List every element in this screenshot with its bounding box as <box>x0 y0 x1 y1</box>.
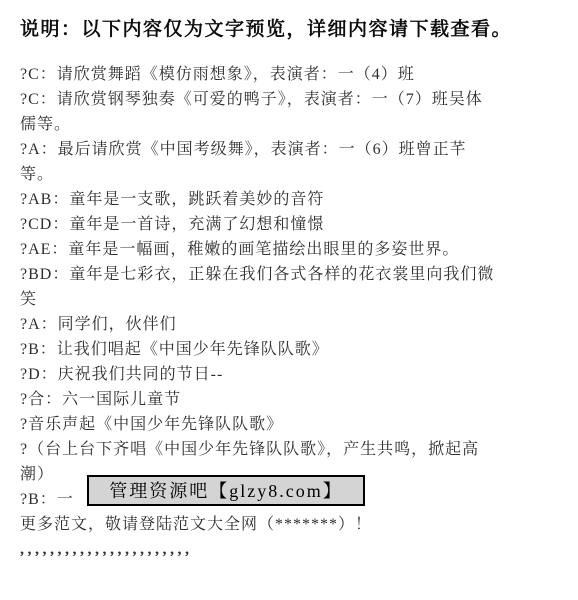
covered-line-visible-text: ?B：一 <box>20 491 74 508</box>
watermark-badge: 管理资源吧【glzy8.com】 <box>87 475 365 506</box>
script-line-9: ?BD：童年是七彩衣，正躲在我们各式各样的花衣裳里向我们微 <box>20 262 574 287</box>
script-line-7: ?CD：童年是一首诗，充满了幻想和憧憬 <box>20 212 574 237</box>
footer-line: 更多范文，敬请登陆范文大全网（*******）！ <box>20 512 574 537</box>
script-line-11: ?A：同学们，伙伴们 <box>20 312 574 337</box>
document-preview-page: 说明：以下内容仅为文字预览，详细内容请下载查看。 ?C：请欣赏舞蹈《模仿雨想象》… <box>0 0 578 600</box>
preview-notice-header: 说明：以下内容仅为文字预览，详细内容请下载查看。 <box>20 14 574 41</box>
script-line-13: ?D：庆祝我们共同的节日-- <box>20 362 574 387</box>
script-line-1: ?C：请欣赏舞蹈《模仿雨想象》，表演者：一（4）班 <box>20 62 574 87</box>
script-line-16: ?（台上台下齐唱《中国少年先锋队队歌》，产生共鸣，掀起高 <box>20 437 574 462</box>
script-line-5: 等。 <box>20 162 574 187</box>
watermark-text: 管理资源吧【glzy8.com】 <box>109 482 342 500</box>
script-body: ?C：请欣赏舞蹈《模仿雨想象》，表演者：一（4）班 ?C：请欣赏钢琴独奏《可爱的… <box>20 62 574 562</box>
script-line-6: ?AB：童年是一支歌，跳跃着美妙的音符 <box>20 187 574 212</box>
script-line-14: ?合：六一国际儿童节 <box>20 387 574 412</box>
script-line-covered: ?B：一 管理资源吧【glzy8.com】 <box>20 487 574 512</box>
script-line-3: 儒等。 <box>20 112 574 137</box>
script-line-8: ?AE：童年是一幅画，稚嫩的画笔描绘出眼里的多姿世界。 <box>20 237 574 262</box>
script-line-4: ?A：最后请欣赏《中国考级舞》，表演者：一（6）班曾正芊 <box>20 137 574 162</box>
script-line-10: 笑 <box>20 287 574 312</box>
script-line-12: ?B：让我们唱起《中国少年先锋队队歌》 <box>20 337 574 362</box>
script-line-15: ?音乐声起《中国少年先锋队队歌》 <box>20 412 574 437</box>
dots-line: ,,,,,,,,,,,,,,,,,,,,,,, <box>20 537 574 562</box>
script-line-2: ?C：请欣赏钢琴独奏《可爱的鸭子》，表演者：一（7）班吴体 <box>20 87 574 112</box>
